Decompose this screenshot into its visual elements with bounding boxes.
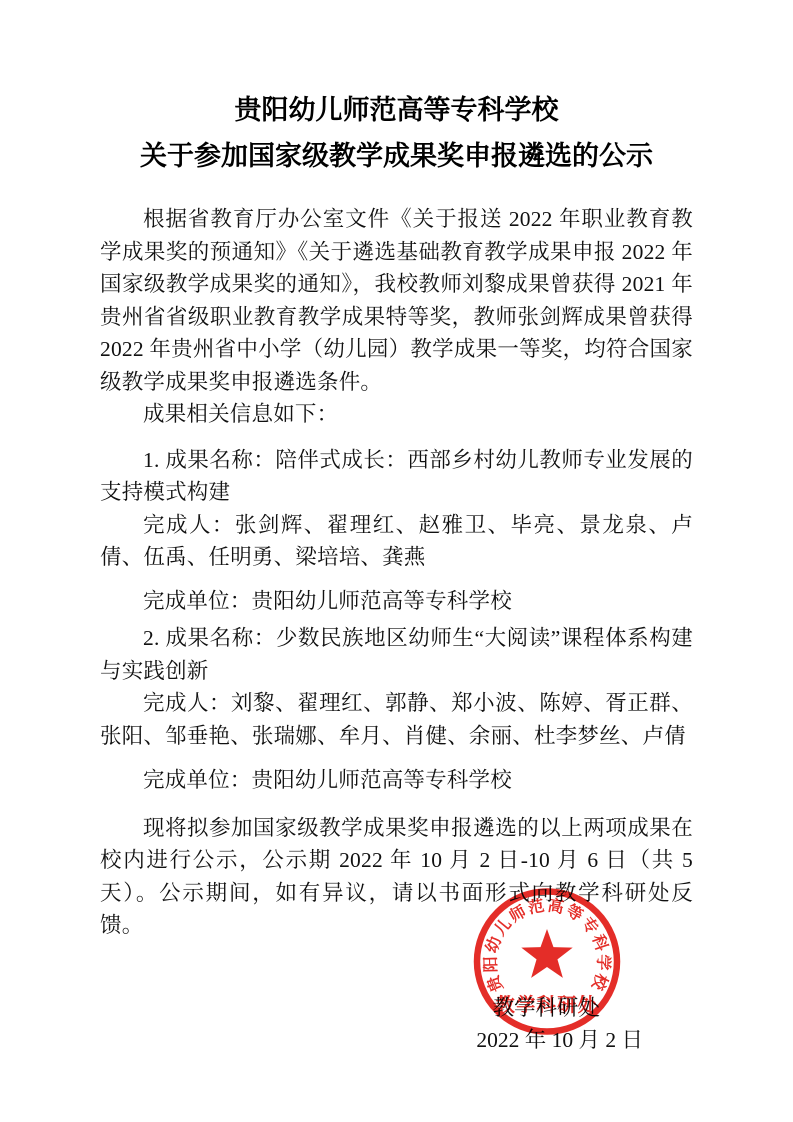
intro-paragraph: 根据省教育厅办公室文件《关于报送 2022 年职业教育教学成果奖的预通知》《关于… <box>100 203 693 398</box>
doc-title-line1: 贵阳幼儿师范高等专科学校 <box>100 88 693 132</box>
signature-date: 2022 年 10 月 2 日 <box>100 1024 693 1057</box>
achievement-1-name: 1. 成果名称：陪伴式成长：西部乡村幼儿教师专业发展的支持模式构建 <box>100 444 693 509</box>
info-heading: 成果相关信息如下： <box>100 398 693 431</box>
achievement-1-people: 完成人：张剑辉、翟理红、赵雅卫、毕亮、景龙泉、卢倩、伍禹、任明勇、梁培培、龚燕 <box>100 509 693 574</box>
achievement-2-name: 2. 成果名称：少数民族地区幼师生“大阅读”课程体系构建与实践创新 <box>100 622 693 687</box>
achievement-1-unit: 完成单位：贵阳幼儿师范高等专科学校 <box>100 585 693 618</box>
document-content: 贵阳幼儿师范高等专科学校 关于参加国家级教学成果奖申报遴选的公示 根据省教育厅办… <box>100 0 693 1057</box>
achievement-2-unit: 完成单位：贵阳幼儿师范高等专科学校 <box>100 764 693 797</box>
document-page: 贵阳幼儿师范高等专科学校 关于参加国家级教学成果奖申报遴选的公示 根据省教育厅办… <box>0 0 793 1122</box>
closing-paragraph: 现将拟参加国家级教学成果奖申报遴选的以上两项成果在校内进行公示，公示期 2022… <box>100 812 693 942</box>
doc-title-line2: 关于参加国家级教学成果奖申报遴选的公示 <box>100 134 693 178</box>
achievement-2-people: 完成人：刘黎、翟理红、郭静、郑小波、陈婷、胥正群、张阳、邹垂艳、张瑞娜、牟月、肖… <box>100 687 693 752</box>
signature-block: 教学科研处 2022 年 10 月 2 日 <box>100 992 693 1057</box>
signature-department: 教学科研处 <box>100 992 693 1025</box>
